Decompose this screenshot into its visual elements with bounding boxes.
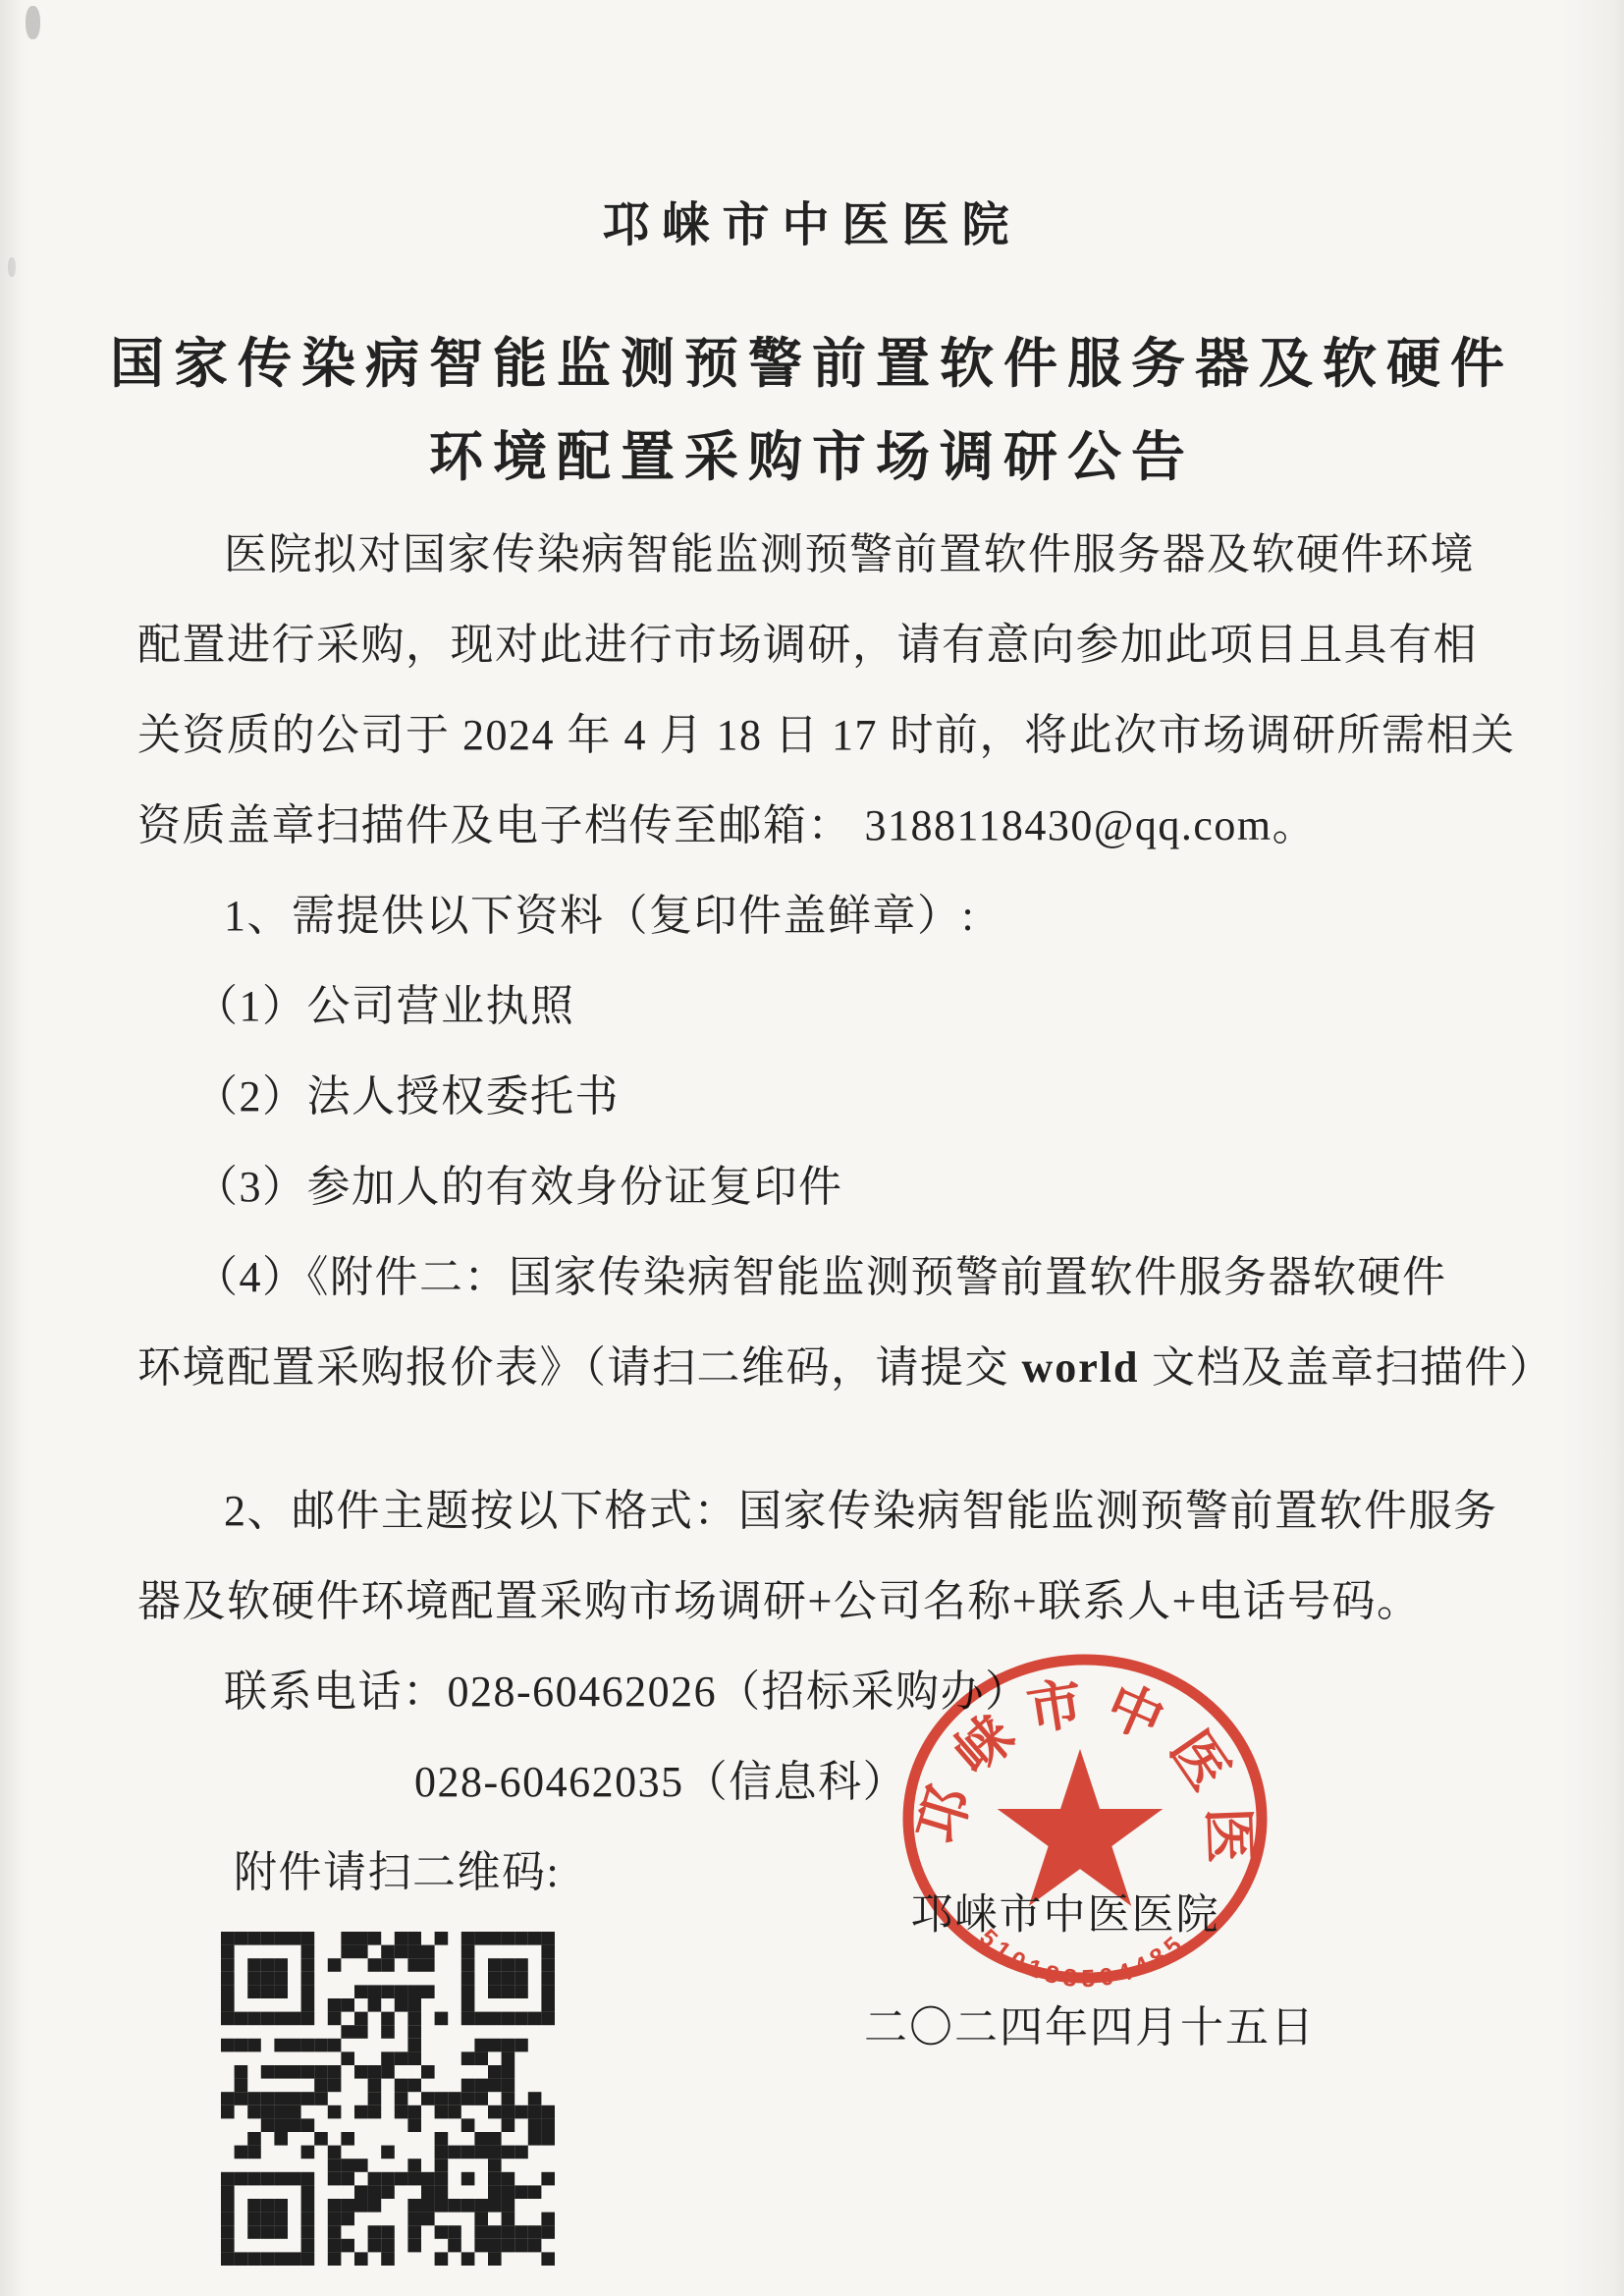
intro-line-1: 医院拟对国家传染病智能监测预警前置软件服务器及软硬件环境 bbox=[137, 510, 1506, 600]
requirement-item-1: （1）公司营业执照 bbox=[137, 961, 1506, 1052]
requirement-item-4-line-1: （4）《附件二：国家传染病智能监测预警前置软件服务器软硬件 bbox=[137, 1232, 1506, 1323]
intro-line-4: 资质盖章扫描件及电子档传至邮箱： 3188118430@qq.com。 bbox=[137, 781, 1506, 871]
page-subtitle-line-2: 环境配置采购市场调研公告 bbox=[0, 410, 1624, 504]
requirement-item-3: （3）参加人的有效身份证复印件 bbox=[137, 1142, 1506, 1232]
list-1-heading: 1、需提供以下资料（复印件盖鲜章）: bbox=[137, 871, 1506, 961]
item-4-text-post: 文档及盖章扫描件） bbox=[1140, 1343, 1554, 1392]
scan-smudge bbox=[8, 257, 16, 277]
page-title: 邛崃市中医医院 bbox=[0, 0, 1624, 260]
intro-line-2: 配置进行采购，现对此进行市场调研，请有意向参加此项目且具有相 bbox=[137, 600, 1506, 690]
signature-date: 二〇二四年四月十五日 bbox=[776, 1992, 1404, 2054]
intro-line-3: 关资质的公司于 2024 年 4 月 18 日 17 时前，将此次市场调研所需相… bbox=[137, 690, 1506, 781]
item-4-text-pre: 环境配置采购报价表》（请扫二维码，请提交 bbox=[137, 1343, 1022, 1392]
requirement-item-2: （2）法人授权委托书 bbox=[137, 1052, 1506, 1142]
signature-hospital-name: 邛崃市中医医院 bbox=[785, 1882, 1345, 1941]
item-4-word-doc-label: world bbox=[1022, 1343, 1140, 1392]
hospital-stamp: ★ 邛崃市中医医院 510183504485 bbox=[887, 1638, 1283, 2015]
email-format-line-1: 2、邮件主题按以下格式：国家传染病智能监测预警前置软件服务 bbox=[137, 1466, 1506, 1557]
contact-phone-1: 联系电话：028-60462026（招标采购办） bbox=[137, 1647, 1506, 1737]
contact-phone-2: 028-60462035（信息科） bbox=[137, 1737, 1506, 1828]
scan-smudge bbox=[26, 6, 40, 39]
qr-code bbox=[221, 1932, 555, 2266]
requirement-item-4-line-2: 环境配置采购报价表》（请扫二维码，请提交 world 文档及盖章扫描件） bbox=[137, 1323, 1506, 1413]
announcement-document: 邛崃市中医医院 国家传染病智能监测预警前置软件服务器及软硬件 环境配置采购市场调… bbox=[0, 0, 1624, 2296]
page-subtitle-line-1: 国家传染病智能监测预警前置软件服务器及软硬件 bbox=[0, 317, 1624, 410]
email-format-line-2: 器及软硬件环境配置采购市场调研+公司名称+联系人+电话号码。 bbox=[137, 1557, 1506, 1647]
